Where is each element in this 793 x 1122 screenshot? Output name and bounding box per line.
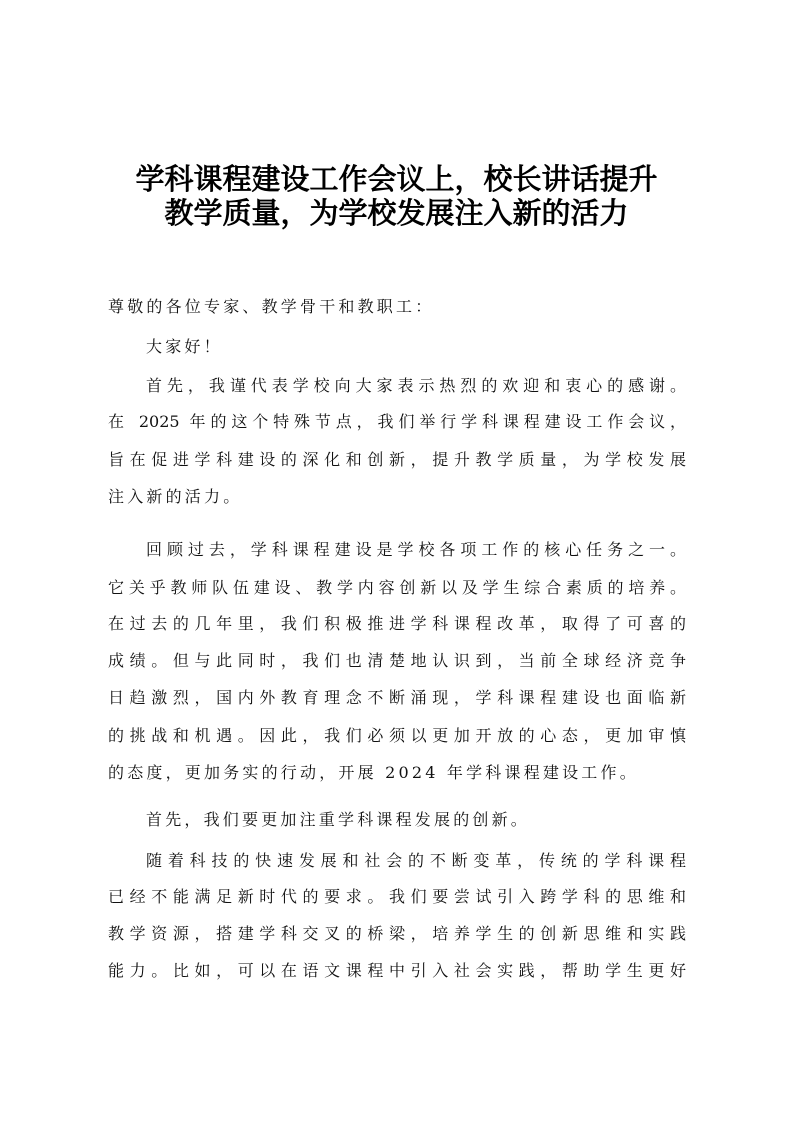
paragraph-line: 回顾过去，学科课程建设是学校各项工作的核心任务之一。: [146, 539, 686, 561]
title-line-2: 教学质量，为学校发展注入新的活力: [100, 196, 693, 230]
paragraph-line: 旨在促进学科建设的深化和创新，提升教学质量，为学校发展: [108, 449, 686, 471]
paragraph-line: 教学资源，搭建学科交叉的桥梁，培养学生的创新思维和实践: [108, 923, 686, 945]
paragraph-line: 日趋激烈，国内外教育理念不断涌现，学科课程建设也面临新: [108, 687, 686, 709]
paragraph-line: 的态度，更加务实的行动，开展 2024 年学科课程建设工作。: [108, 762, 686, 784]
paragraph-line: 首先，我们要更加注重学科课程发展的创新。: [146, 809, 686, 831]
paragraph-line: 随着科技的快速发展和社会的不断变革，传统的学科课程: [146, 850, 686, 872]
title-line-1: 学科课程建设工作会议上，校长讲话提升: [100, 162, 693, 196]
paragraph-line: 它关乎教师队伍建设、教学内容创新以及学生综合素质的培养。: [108, 577, 686, 599]
paragraph-line: 在过去的几年里，我们积极推进学科课程改革，取得了可喜的: [108, 613, 686, 635]
paragraph-line: 在 2025 年的这个特殊节点，我们举行学科课程建设工作会议，: [108, 411, 686, 433]
paragraph-line: 能力。比如，可以在语文课程中引入社会实践，帮助学生更好: [108, 960, 686, 982]
paragraph-line: 已经不能满足新时代的要求。我们要尝试引入跨学科的思维和: [108, 886, 686, 908]
document-title: 学科课程建设工作会议上，校长讲话提升 教学质量，为学校发展注入新的活力: [100, 162, 693, 230]
paragraph-line: 注入新的活力。: [108, 486, 686, 508]
salutation: 尊敬的各位专家、教学骨干和教职工：: [108, 296, 686, 318]
paragraph-line: 的挑战和机遇。因此，我们必须以更加开放的心态，更加审慎: [108, 725, 686, 747]
paragraph-line: 首先，我谨代表学校向大家表示热烈的欢迎和衷心的感谢。: [146, 375, 686, 397]
greeting-line: 大家好！: [146, 336, 686, 358]
paragraph-line: 成绩。但与此同时，我们也清楚地认识到，当前全球经济竞争: [108, 650, 686, 672]
document-page: 学科课程建设工作会议上，校长讲话提升 教学质量，为学校发展注入新的活力 尊敬的各…: [0, 0, 793, 1122]
